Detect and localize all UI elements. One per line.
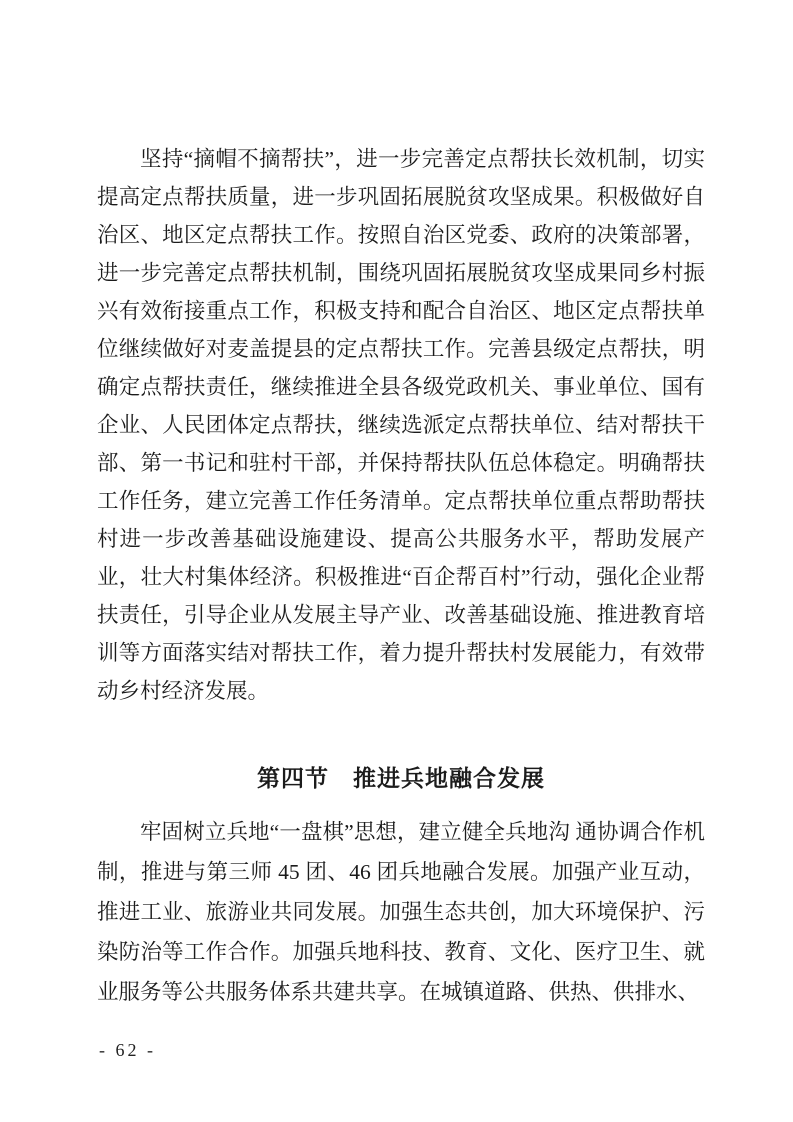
page-number: - 62 - xyxy=(99,1040,156,1061)
paragraph-dingdian-bangfu: 坚持“摘帽不摘帮扶”，进一步完善定点帮扶长效机制，切实提高定点帮扶质量，进一步巩… xyxy=(97,140,705,710)
document-page: 坚持“摘帽不摘帮扶”，进一步完善定点帮扶长效机制，切实提高定点帮扶质量，进一步巩… xyxy=(0,0,793,1122)
paragraph-bingdi-ronghe: 牢固树立兵地“一盘棋”思想，建立健全兵地沟 通协调合作机制，推进与第三师 45 … xyxy=(97,812,705,1012)
section-heading: 第四节 推进兵地融合发展 xyxy=(97,760,705,793)
